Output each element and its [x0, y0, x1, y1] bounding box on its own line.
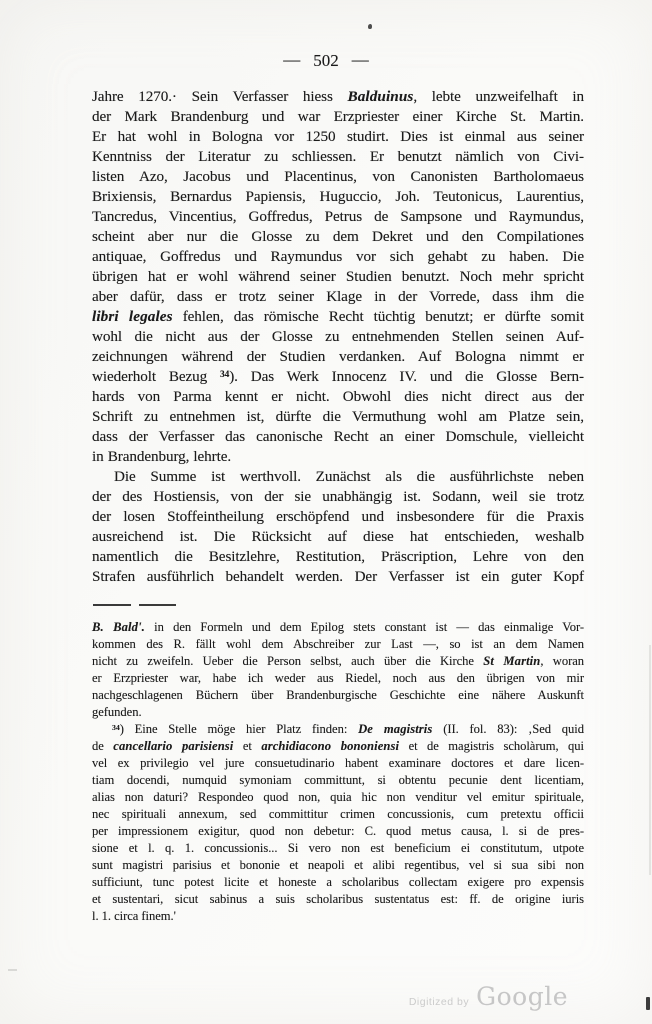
- emphasis-text: cancellario parisiensi: [113, 739, 233, 753]
- text-run: , woran: [540, 654, 584, 668]
- text-run: et sustentari, sicut sabinus a suis scho…: [92, 892, 584, 906]
- text-run: de: [92, 739, 113, 753]
- text-run: fehlen, das römische Recht tüchtig benut…: [173, 308, 584, 325]
- paragraph: Die Summe ist werthvoll. Zunächst als di…: [92, 467, 584, 587]
- text-line: wohl die nicht aus der Glosse zu entnehm…: [92, 327, 584, 347]
- text-run: ) Eine Stelle möge hier Platz finden:: [120, 722, 358, 736]
- text-run: nec spirituali annexum, sed committitur …: [92, 807, 584, 821]
- text-line: aber dafür, dass er trotz seiner Klage i…: [92, 287, 584, 307]
- text-line: listen Azo, Jacobus und Placentinus, von…: [92, 167, 584, 187]
- text-line: er Erzpriester war, habe ich weder aus R…: [92, 670, 584, 687]
- text-run: der Mark Brandenburg und war Erzpriester…: [92, 108, 584, 125]
- text-run: Kenntniss der Literatur zu schliessen. E…: [92, 148, 584, 165]
- text-run: ausreichend ist. Die Rücksicht auf diese…: [92, 528, 584, 545]
- digitized-by-label: Digitized by: [409, 996, 469, 1008]
- text-run: wohl die nicht aus der Glosse zu entnehm…: [92, 328, 584, 345]
- text-run: er Erzpriester war, habe ich weder aus R…: [92, 671, 584, 685]
- text-run: der des Hostiensis, von der sie unabhäng…: [92, 488, 584, 505]
- text-line: Strafen ausführlich behandelt werden. De…: [92, 567, 584, 587]
- text-line: Kenntniss der Literatur zu schliessen. E…: [92, 147, 584, 167]
- paragraph: B. Bald'. in den Formeln und dem Epilog …: [92, 619, 584, 721]
- text-run: ). Das Werk Innocenz IV. und die Glosse …: [229, 368, 584, 385]
- footnote-marker: 34: [112, 723, 120, 732]
- text-line: Brixiensis, Bernardus Papiensis, Hugucci…: [92, 187, 584, 207]
- text-run: Schrift zu entnehmen ist, dürfte die Ver…: [92, 408, 584, 425]
- text-run: hards von Parma kennt er nicht. Obwohl d…: [92, 388, 584, 405]
- text-line: nachgeschlagenen Büchern über Brandenbur…: [92, 687, 584, 704]
- scanned-book-page: —502— Jahre 1270.· Sein Verfasser hiess …: [0, 0, 652, 1024]
- text-run: l. 1. circa finem.': [92, 909, 176, 923]
- text-run: Brixiensis, Bernardus Papiensis, Hugucci…: [92, 188, 584, 205]
- text-run: sunt magistri parisius et bononie et nea…: [92, 858, 584, 872]
- text-run: listen Azo, Jacobus und Placentinus, von…: [92, 168, 584, 185]
- text-line: hards von Parma kennt er nicht. Obwohl d…: [92, 387, 584, 407]
- text-line: scheint aber nur die Glosse zu dem Dekre…: [92, 227, 584, 247]
- emphasis-text: De magistris: [358, 722, 432, 736]
- text-run: tiam docendi, numquid symoniam committun…: [92, 773, 584, 787]
- paragraph: 34) Eine Stelle möge hier Platz finden: …: [92, 721, 584, 925]
- emphasis-text: St Martin: [483, 654, 540, 668]
- text-line: der losen Stoffeintheilung erschöpfend u…: [92, 507, 584, 527]
- text-run: (II. fol. 83): ‚Sed quid: [432, 722, 584, 736]
- text-run: Die Summe ist werthvoll. Zunächst als di…: [114, 468, 584, 485]
- footnote-marker: 34: [220, 370, 229, 380]
- text-line: Jahre 1270.· Sein Verfasser hiess Baldui…: [92, 87, 584, 107]
- emphasis-text: Balduinus: [347, 88, 413, 105]
- text-line: zeichnungen während der Studien verdanke…: [92, 347, 584, 367]
- text-run: dass der Verfasser das canonische Recht …: [92, 428, 584, 445]
- text-line: Schrift zu entnehmen ist, dürfte die Ver…: [92, 407, 584, 427]
- text-line: sufficiunt, tunc potest licite et honest…: [92, 874, 584, 891]
- text-run: Strafen ausführlich behandelt werden. De…: [92, 568, 584, 585]
- text-line: wiederholt Bezug 34). Das Werk Innocenz …: [92, 367, 584, 387]
- text-run: nicht zu zweifeln. Ueber die Person selb…: [92, 654, 483, 668]
- page-number: 502: [313, 51, 339, 70]
- text-line: alias non daturi? Respondeo quod non, qu…: [92, 789, 584, 806]
- text-run: , lebte unzweifelhaft in: [413, 88, 584, 105]
- text-run: zeichnungen während der Studien verdanke…: [92, 348, 584, 365]
- text-line: sunt magistri parisius et bononie et nea…: [92, 857, 584, 874]
- text-line: in Brandenburg, lehrte.: [92, 447, 584, 467]
- text-run: nachgeschlagenen Büchern über Brandenbur…: [92, 688, 584, 702]
- text-line: tiam docendi, numquid symoniam committun…: [92, 772, 584, 789]
- text-line: l. 1. circa finem.': [92, 908, 584, 925]
- body-text: Jahre 1270.· Sein Verfasser hiess Baldui…: [92, 87, 584, 587]
- text-run: antiquae, Goffredus und Raymundus vor si…: [92, 248, 584, 265]
- text-run: sione et l. q. 1. concussionis... Si ver…: [92, 841, 584, 855]
- text-line: libri legales fehlen, das römische Recht…: [92, 307, 584, 327]
- text-run: et: [233, 739, 261, 753]
- emphasis-text: archidiacono bononiensi: [261, 739, 399, 753]
- text-line: nicht zu zweifeln. Ueber die Person selb…: [92, 653, 584, 670]
- emphasis-text: B. Bald'.: [92, 620, 145, 634]
- text-line: namentlich die Besitzlehre, Restitution,…: [92, 547, 584, 567]
- text-line: B. Bald'. in den Formeln und dem Epilog …: [92, 619, 584, 636]
- text-line: sione et l. q. 1. concussionis... Si ver…: [92, 840, 584, 857]
- text-run: in Brandenburg, lehrte.: [92, 448, 231, 465]
- text-line: kommen des R. fällt wohl dem Abschreiber…: [92, 636, 584, 653]
- scan-speck: [368, 24, 372, 29]
- text-line: nec spirituali annexum, sed committitur …: [92, 806, 584, 823]
- text-run: Tancredus, Vincentius, Goffredus, Petrus…: [92, 208, 584, 225]
- text-run: wiederholt Bezug: [92, 368, 220, 385]
- text-run: et de magistris scholàrum, qui: [399, 739, 584, 753]
- text-line: übrigen hat er wohl während seiner Studi…: [92, 267, 584, 287]
- text-line: Tancredus, Vincentius, Goffredus, Petrus…: [92, 207, 584, 227]
- emphasis-text: libri legales: [92, 308, 173, 325]
- text-run: übrigen hat er wohl während seiner Studi…: [92, 268, 584, 285]
- scan-edge-artifact: [649, 645, 651, 875]
- text-line: Die Summe ist werthvoll. Zunächst als di…: [92, 467, 584, 487]
- google-logo: Google: [476, 982, 568, 1011]
- text-line: antiquae, Goffredus und Raymundus vor si…: [92, 247, 584, 267]
- text-line: vel ex privilegio vel jure consuetudinar…: [92, 755, 584, 772]
- text-run: aber dafür, dass er trotz seiner Klage i…: [92, 288, 584, 305]
- text-run: kommen des R. fällt wohl dem Abschreiber…: [92, 637, 584, 651]
- text-line: per impressionem exigitur, quod non debe…: [92, 823, 584, 840]
- text-run: gefunden.: [92, 705, 142, 719]
- text-line: ausreichend ist. Die Rücksicht auf diese…: [92, 527, 584, 547]
- text-run: in den Formeln und dem Epilog stets cons…: [145, 620, 584, 634]
- text-run: Er hat wohl in Bologna vor 1250 studirt.…: [92, 128, 584, 145]
- page-header: —502—: [0, 51, 652, 71]
- footnotes: B. Bald'. in den Formeln und dem Epilog …: [92, 619, 584, 925]
- text-line: 34) Eine Stelle möge hier Platz finden: …: [92, 721, 584, 738]
- text-run: vel ex privilegio vel jure consuetudinar…: [92, 756, 584, 770]
- text-line: gefunden.: [92, 704, 584, 721]
- text-run: per impressionem exigitur, quod non debe…: [92, 824, 584, 838]
- footnote-separator-rule: [93, 604, 176, 606]
- text-run: namentlich die Besitzlehre, Restitution,…: [92, 548, 584, 565]
- text-line: de cancellario parisiensi et archidiacon…: [92, 738, 584, 755]
- text-run: sufficiunt, tunc potest licite et honest…: [92, 875, 584, 889]
- text-run: alias non daturi? Respondeo quod non, qu…: [92, 790, 584, 804]
- text-run: der losen Stoffeintheilung erschöpfend u…: [92, 508, 584, 525]
- text-line: dass der Verfasser das canonische Recht …: [92, 427, 584, 447]
- header-left-dash: —: [283, 50, 300, 70]
- scan-left-speck: [8, 969, 17, 971]
- text-line: der des Hostiensis, von der sie unabhäng…: [92, 487, 584, 507]
- text-line: Er hat wohl in Bologna vor 1250 studirt.…: [92, 127, 584, 147]
- text-run: Jahre 1270.· Sein Verfasser hiess: [92, 88, 347, 105]
- header-right-dash: —: [352, 50, 369, 70]
- watermark: Digitized by Google: [409, 982, 568, 1011]
- text-run: scheint aber nur die Glosse zu dem Dekre…: [92, 228, 584, 245]
- text-line: et sustentari, sicut sabinus a suis scho…: [92, 891, 584, 908]
- scan-edge-speck: [646, 997, 650, 1010]
- paragraph: Jahre 1270.· Sein Verfasser hiess Baldui…: [92, 87, 584, 467]
- text-line: der Mark Brandenburg und war Erzpriester…: [92, 107, 584, 127]
